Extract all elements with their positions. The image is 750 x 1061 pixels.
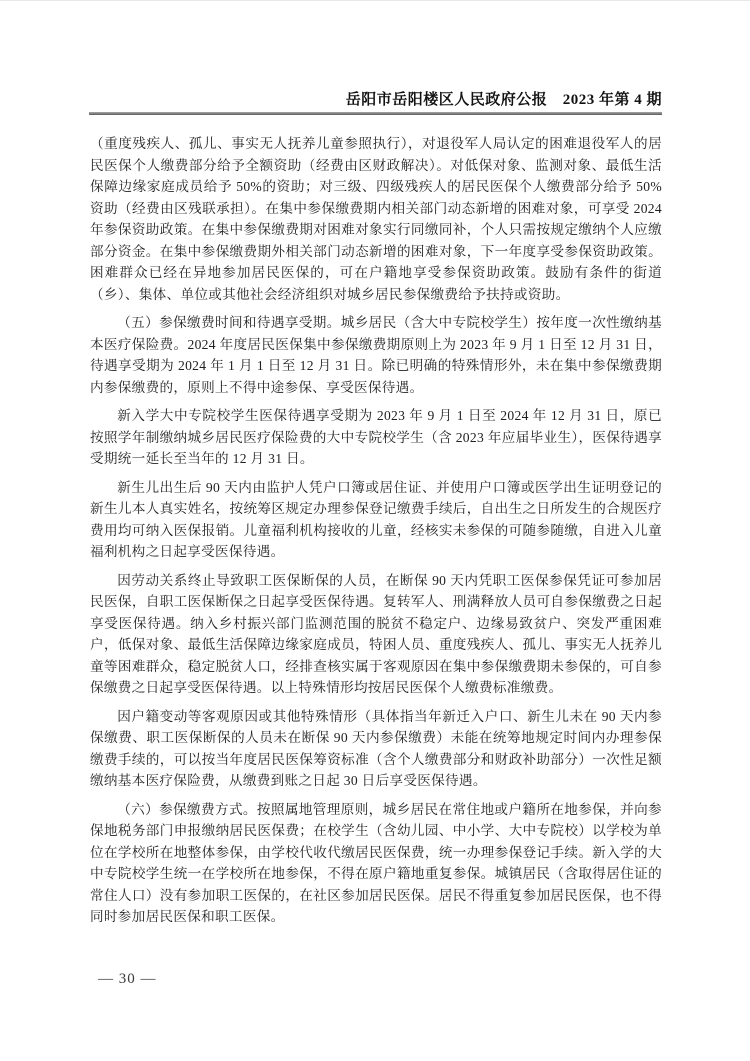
page-number: — 30 — <box>98 971 157 987</box>
page-footer: — 30 — <box>98 968 157 990</box>
page-header: 岳阳市岳阳楼区人民政府公报 2023 年第 4 期 <box>89 91 662 115</box>
paragraph-continuation: （重度残疾人、孤儿、事实无人抚养儿童参照执行），对退役军人局认定的困难退役军人的… <box>90 133 662 305</box>
paragraph-item-5-enrollment-period: （五）参保缴费时间和待遇享受期。城乡居民（含大中专院校学生）按年度一次性缴纳基本… <box>90 312 662 398</box>
paragraph-new-students: 新入学大中专院校学生医保待遇享受期为 2023 年 9 月 1 日至 2024 … <box>90 405 662 470</box>
gazette-header-title: 岳阳市岳阳楼区人民政府公报 2023 年第 4 期 <box>89 91 662 109</box>
paragraph-item-6-payment-method: （六）参保缴费方式。按照属地管理原则，城乡居民在常住地或户籍所在地参保，并向参保… <box>90 799 662 928</box>
document-body: （重度残疾人、孤儿、事实无人抚养儿童参照执行），对退役军人局认定的困难退役军人的… <box>90 133 662 935</box>
paragraph-household-registration-change: 因户籍变动等客观原因或其他特殊情形（具体指当年新迁入户口、新生儿未在 90 天内… <box>90 706 662 792</box>
header-divider-rule <box>89 112 662 115</box>
gazette-page: 岳阳市岳阳楼区人民政府公报 2023 年第 4 期 （重度残疾人、孤儿、事实无人… <box>0 0 750 1061</box>
paragraph-employment-termination: 因劳动关系终止导致职工医保断保的人员，在断保 90 天内凭职工医保参保凭证可参加… <box>90 570 662 699</box>
paragraph-newborns: 新生儿出生后 90 天内由监护人凭户口簿或居住证、并使用户口簿或医学出生证明登记… <box>90 477 662 563</box>
